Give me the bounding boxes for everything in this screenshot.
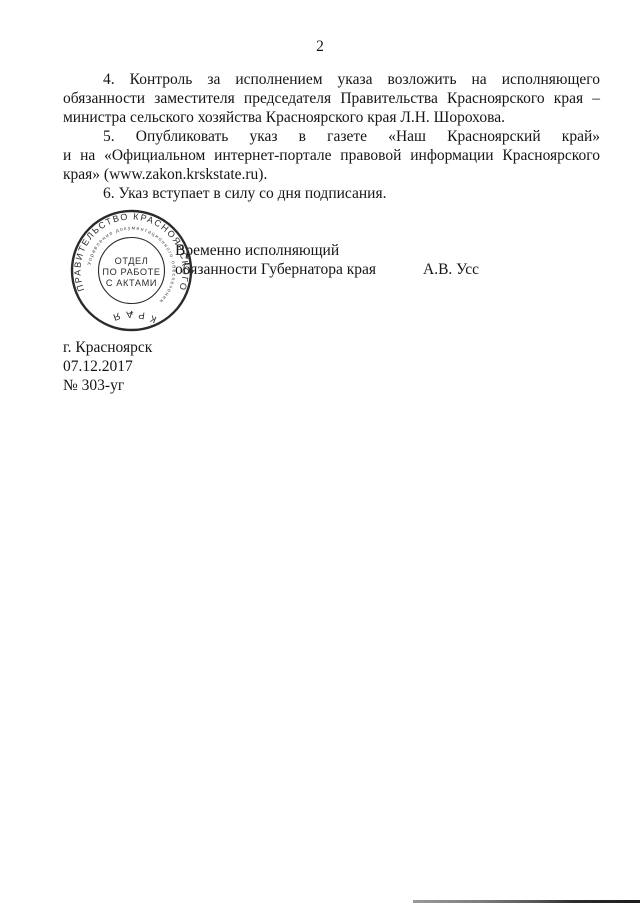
- stamp-center-line-1: ОТДЕЛ: [115, 256, 149, 266]
- official-round-stamp: ПРАВИТЕЛЬСТВО КРАСНОЯРСКОГО КРАЯ Управле…: [66, 207, 197, 334]
- signatory-title-line-1: Временно исполняющий: [175, 241, 376, 260]
- scan-artifact-line: [413, 900, 640, 903]
- document-body: 4. Контроль за исполнением указа возложи…: [63, 70, 600, 203]
- document-city: г. Красноярск: [63, 338, 152, 357]
- document-number: № 303-уг: [63, 376, 152, 395]
- paragraph-5-line-1: 5. Опубликовать указ в газете «Наш Красн…: [63, 127, 600, 146]
- paragraph-5-line-3: края» (www.zakon.krskstate.ru).: [63, 165, 600, 184]
- paragraph-6-line-1: 6. Указ вступает в силу со дня подписани…: [63, 184, 600, 203]
- page-number: 2: [0, 37, 640, 56]
- paragraph-4-line-1: 4. Контроль за исполнением указа возложи…: [63, 70, 600, 89]
- paragraph-4-line-3: министра сельского хозяйства Красноярско…: [63, 108, 600, 127]
- stamp-center-line-2: ПО РАБОТЕ: [102, 267, 160, 277]
- paragraph-5-line-2: и на «Официальном интернет-портале право…: [63, 146, 600, 165]
- document-page: 2 4. Контроль за исполнением указа возло…: [0, 0, 640, 905]
- stamp-center-line-3: С АКТАМИ: [106, 278, 157, 288]
- signatory-title: Временно исполняющий обязанности Губерна…: [175, 241, 376, 279]
- paragraph-4-line-2: обязанности заместителя председателя Пра…: [63, 89, 600, 108]
- signatory-title-line-2: обязанности Губернатора края: [175, 260, 376, 279]
- stamp-star-ornament: *: [130, 310, 134, 321]
- place-date-block: г. Красноярск 07.12.2017 № 303-уг: [63, 338, 152, 395]
- signatory-name: А.В. Усс: [423, 260, 479, 279]
- document-date: 07.12.2017: [63, 357, 152, 376]
